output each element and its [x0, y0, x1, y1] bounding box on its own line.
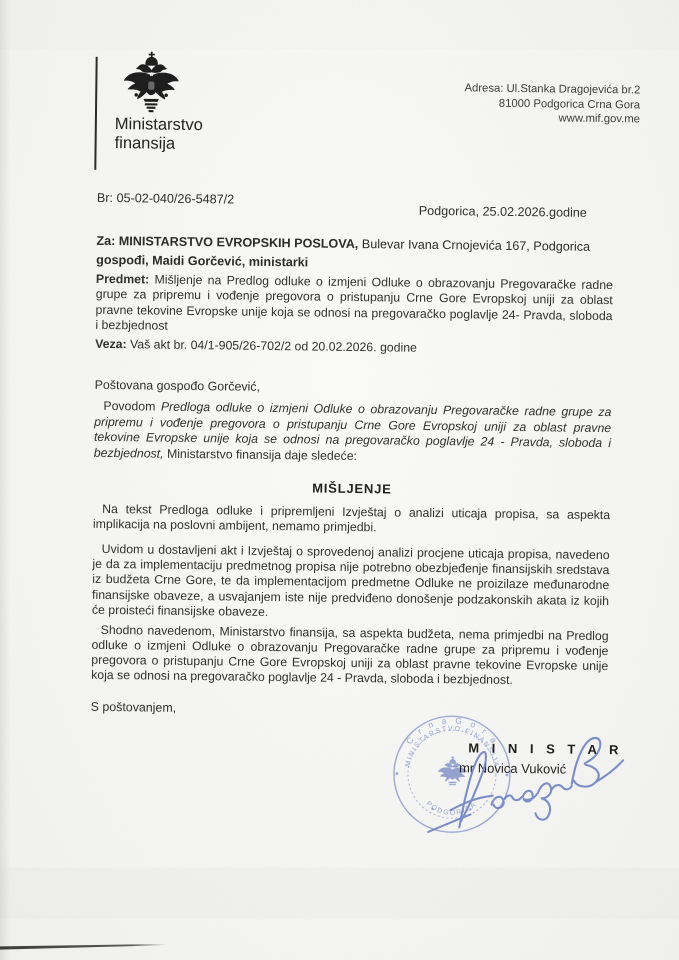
closing-salutation: S poštovanjem,	[91, 700, 177, 715]
veza-text: Vaš akt br. 04/1-905/26-702/2 od 20.02.2…	[127, 337, 417, 355]
paragraph-2: Uvidom u dostavljeni akt i Izvještaj o s…	[92, 542, 610, 624]
subject-paragraph: Predmet: Mišljenje na Predlog odluke o i…	[95, 272, 613, 340]
letter-content: Ministarstvo finansija Adresa: Ul.Stanka…	[0, 0, 679, 960]
recipient-address: Bulevar Ivana Crnojevića 167, Podgorica	[358, 237, 590, 254]
coat-of-arms-icon	[122, 51, 181, 116]
ministry-name-line2: finansija	[115, 134, 203, 154]
paragraph-3: Shodno navedenom, Ministarstvo finansija…	[91, 623, 609, 689]
signature-scribble-icon	[398, 711, 640, 844]
intro-end: Ministarstvo finansija daje sledeće:	[163, 447, 357, 463]
recipient-org: Za: MINISTARSTVO EVROPSKIH POSLOVA,	[96, 234, 358, 251]
address-block: Adresa: Ul.Stanka Dragojevića br.2 81000…	[340, 80, 641, 127]
veza-block: Veza: Vaš akt br. 04/1-905/26-702/2 od 2…	[95, 337, 612, 357]
ministry-name: Ministarstvo finansija	[115, 115, 203, 154]
reference-number: Br: 05-02-040/26-5487/2	[97, 191, 234, 207]
subject-label: Predmet:	[96, 272, 149, 287]
subject-text: Mišljenje na Predlog odluke o izmjeni Od…	[95, 272, 613, 332]
recipient-block: Za: MINISTARSTVO EVROPSKIH POSLOVA, Bule…	[96, 232, 613, 275]
veza-label: Veza:	[95, 337, 127, 351]
letterhead-rule	[94, 57, 98, 170]
scanned-letter-page: Ministarstvo finansija Adresa: Ul.Stanka…	[0, 0, 679, 960]
salutation: Poštovana gospođo Gorčević,	[95, 378, 612, 398]
paragraph-1: Na tekst Predloga odluke i pripremljeni …	[93, 502, 610, 539]
veza-line: Veza: Vaš akt br. 04/1-905/26-702/2 od 2…	[95, 337, 612, 357]
opinion-heading: MIŠLJENJE	[93, 478, 610, 499]
subject-block: Predmet: Mišljenje na Predlog odluke o i…	[95, 272, 613, 340]
ministry-name-line1: Ministarstvo	[115, 115, 203, 135]
intro-text: Povodom Predloga odluke o izmjeni Odluke…	[94, 399, 612, 468]
intro-start: Povodom	[103, 399, 161, 414]
bottom-scan-artifact	[0, 941, 189, 955]
intro-paragraph: Povodom Predloga odluke o izmjeni Odluke…	[94, 399, 612, 468]
place-and-date: Podgorica, 25.02.2026.godine	[419, 204, 587, 220]
address-line3: www.mif.gov.me	[340, 109, 640, 127]
